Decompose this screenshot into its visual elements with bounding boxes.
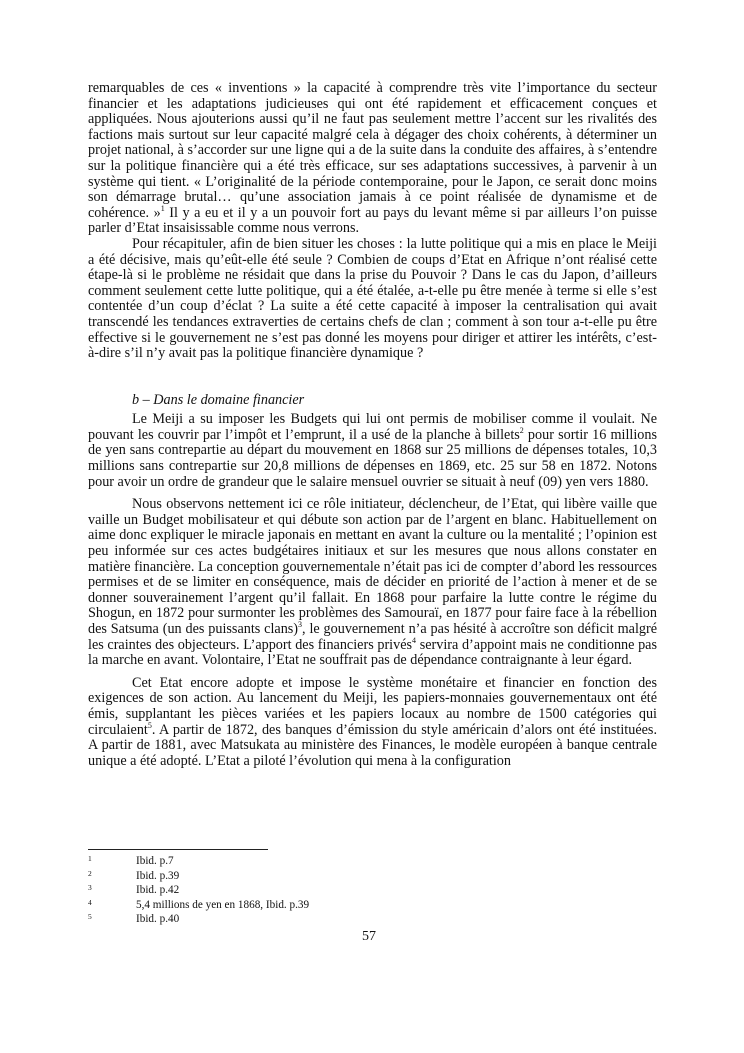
paragraph-2: Pour récapituler, afin de bien situer le… xyxy=(88,237,657,362)
paragraph-text: remarquables de ces « inventions » la ca… xyxy=(88,80,657,221)
footnote-text: Ibid. p.40 xyxy=(136,912,179,927)
paragraph-3: Le Meiji a su imposer les Budgets qui lu… xyxy=(88,412,657,490)
footnote-number: 2 xyxy=(88,869,136,884)
page-body: remarquables de ces « inventions » la ca… xyxy=(88,81,657,769)
footnote-item: 5Ibid. p.40 xyxy=(88,912,488,927)
paragraph-5: Cet Etat encore adopte et impose le syst… xyxy=(88,676,657,770)
footnote-text: Ibid. p.7 xyxy=(136,854,174,869)
footnote-item: 1Ibid. p.7 xyxy=(88,854,488,869)
page-number: 57 xyxy=(362,929,376,945)
footnote-item: 3Ibid. p.42 xyxy=(88,883,488,898)
footnote-item: 2Ibid. p.39 xyxy=(88,869,488,884)
section-heading: b – Dans le domaine financier xyxy=(88,393,657,409)
footnote-text: 5,4 millions de yen en 1868, Ibid. p.39 xyxy=(136,898,309,913)
footnote-divider xyxy=(88,849,268,850)
footnotes: 1Ibid. p.7 2Ibid. p.39 3Ibid. p.42 45,4 … xyxy=(88,854,488,927)
paragraph-text: . A partir de 1872, des banques d’émissi… xyxy=(88,722,657,769)
footnote-number: 1 xyxy=(88,854,136,869)
footnote-number: 5 xyxy=(88,912,136,927)
footnote-number: 3 xyxy=(88,883,136,898)
paragraph-4: Nous observons nettement ici ce rôle ini… xyxy=(88,497,657,669)
paragraph-text: Il y a eu et il y a un pouvoir fort au p… xyxy=(88,205,657,237)
paragraph-text: Nous observons nettement ici ce rôle ini… xyxy=(88,496,657,637)
footnote-text: Ibid. p.42 xyxy=(136,883,179,898)
footnote-item: 45,4 millions de yen en 1868, Ibid. p.39 xyxy=(88,898,488,913)
footnote-number: 4 xyxy=(88,898,136,913)
footnote-text: Ibid. p.39 xyxy=(136,869,179,884)
paragraph-1: remarquables de ces « inventions » la ca… xyxy=(88,81,657,237)
